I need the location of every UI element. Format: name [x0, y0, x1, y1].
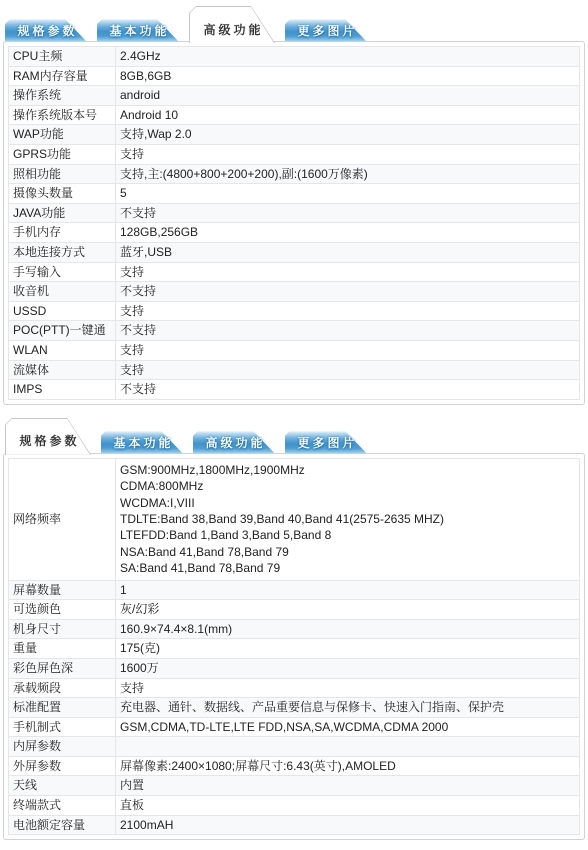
table-row: USSD支持	[9, 301, 580, 321]
table-row: 标准配置充电器、通针、数据线、产品重要信息与保修卡、快速入门指南、保护壳	[9, 698, 580, 718]
table-row: 收音机不支持	[9, 282, 580, 302]
spec-label: 手写输入	[9, 262, 116, 282]
table-row: GPRS功能支持	[9, 144, 580, 164]
spec-value: 不支持	[116, 203, 580, 223]
spec-params-table: 网络频率GSM:900MHz,1800MHz,1900MHz CDMA:800M…	[8, 458, 580, 836]
table-row: 内屏参数	[9, 737, 580, 757]
spec-value: GSM:900MHz,1800MHz,1900MHz CDMA:800MHz W…	[116, 458, 580, 580]
table-row: 手写输入支持	[9, 262, 580, 282]
spec-label: 收音机	[9, 282, 116, 302]
spec-label: 手机内存	[9, 223, 116, 243]
spec-label: IMPS	[9, 380, 116, 400]
table-row: 操作系统android	[9, 86, 580, 106]
spec-value	[116, 737, 580, 757]
spec-value: 不支持	[116, 282, 580, 302]
spec-value: Android 10	[116, 105, 580, 125]
tabbar-advanced-section: 规格参数 基本功能 高级功能 更多图片	[3, 5, 585, 42]
spec-value: 2.4GHz	[116, 47, 580, 67]
spec-label: JAVA功能	[9, 203, 116, 223]
advanced-features-table: CPU主频2.4GHz RAM内存容量8GB,6GB 操作系统android 操…	[8, 46, 580, 400]
spec-label: 操作系统	[9, 86, 116, 106]
spec-value: 不支持	[116, 321, 580, 341]
tab-basic-features[interactable]: 基本功能	[101, 431, 183, 454]
table-row: 流媒体支持	[9, 360, 580, 380]
spec-label: 屏幕数量	[9, 580, 116, 600]
table-row: 终端款式直板	[9, 796, 580, 816]
section-advanced-features: 规格参数 基本功能 高级功能 更多图片 CPU主频2.4GHz RAM内存容量8…	[3, 5, 585, 405]
spec-value: 支持	[116, 262, 580, 282]
spec-value: 蓝牙,USB	[116, 242, 580, 262]
spec-label: 机身尺寸	[9, 619, 116, 639]
spec-label: 终端款式	[9, 796, 116, 816]
tab-label: 更多图片	[294, 434, 357, 451]
table-row: WLAN支持	[9, 340, 580, 360]
spec-label: 流媒体	[9, 360, 116, 380]
spec-value: 支持,主:(4800+800+200+200),副:(1600万像素)	[116, 164, 580, 184]
table-row: 承载频段支持	[9, 678, 580, 698]
spec-value: 2100mAH	[116, 815, 580, 835]
spec-label: WLAN	[9, 340, 116, 360]
spec-label: 照相功能	[9, 164, 116, 184]
table-row: 手机制式GSM,CDMA,TD-LTE,LTE FDD,NSA,SA,WCDMA…	[9, 717, 580, 737]
spec-label: 天线	[9, 776, 116, 796]
table-row: 电池额定容量2100mAH	[9, 815, 580, 835]
tab-label: 规格参数	[14, 22, 77, 39]
spec-value: 灰/幻彩	[116, 600, 580, 620]
tab-spec-params[interactable]: 规格参数	[5, 19, 87, 42]
table-row: 本地连接方式蓝牙,USB	[9, 242, 580, 262]
tab-label: 高级功能	[202, 434, 265, 451]
spec-label: CPU主频	[9, 47, 116, 67]
table-row: 机身尺寸160.9×74.4×8.1(mm)	[9, 619, 580, 639]
section-spec-params: 规格参数 基本功能 高级功能 更多图片 网络频率GSM:900MHz,1800M…	[3, 417, 585, 841]
spec-value: 128GB,256GB	[116, 223, 580, 243]
tab-label: 基本功能	[110, 434, 173, 451]
table-row: 重量175(克)	[9, 639, 580, 659]
spec-label: 本地连接方式	[9, 242, 116, 262]
table-row: 手机内存128GB,256GB	[9, 223, 580, 243]
spec-label: 网络频率	[9, 458, 116, 580]
tab-advanced-features-active[interactable]: 高级功能	[189, 6, 275, 43]
spec-value: 支持,Wap 2.0	[116, 125, 580, 145]
spec-label: 手机制式	[9, 717, 116, 737]
tab-label: 规格参数	[16, 432, 79, 449]
spec-label: 操作系统版本号	[9, 105, 116, 125]
table-row: RAM内存容量8GB,6GB	[9, 66, 580, 86]
spec-value: 8GB,6GB	[116, 66, 580, 86]
spec-value: 内置	[116, 776, 580, 796]
table-row: CPU主频2.4GHz	[9, 47, 580, 67]
spec-value: 屏幕像素:2400×1080;屏幕尺寸:6.43(英寸),AMOLED	[116, 756, 580, 776]
spec-label: USSD	[9, 301, 116, 321]
tab-more-images[interactable]: 更多图片	[285, 19, 367, 42]
spec-value: 5	[116, 184, 580, 204]
spec-label: 彩色屏色深	[9, 658, 116, 678]
table-row: 天线内置	[9, 776, 580, 796]
table-row: IMPS不支持	[9, 380, 580, 400]
spec-value: android	[116, 86, 580, 106]
spec-label: WAP功能	[9, 125, 116, 145]
spec-value: 不支持	[116, 380, 580, 400]
tab-basic-features[interactable]: 基本功能	[97, 19, 179, 42]
spec-value: 支持	[116, 144, 580, 164]
table-row: 外屏参数屏幕像素:2400×1080;屏幕尺寸:6.43(英寸),AMOLED	[9, 756, 580, 776]
table-row: 彩色屏色深1600万	[9, 658, 580, 678]
tab-more-images[interactable]: 更多图片	[285, 431, 367, 454]
table-row: 屏幕数量1	[9, 580, 580, 600]
spec-label: 摄像头数量	[9, 184, 116, 204]
table-row: WAP功能支持,Wap 2.0	[9, 125, 580, 145]
tab-advanced-features[interactable]: 高级功能	[193, 431, 275, 454]
spec-label: RAM内存容量	[9, 66, 116, 86]
spec-value: 直板	[116, 796, 580, 816]
table-row: 操作系统版本号Android 10	[9, 105, 580, 125]
table-row: JAVA功能不支持	[9, 203, 580, 223]
spec-value: 支持	[116, 301, 580, 321]
tab-spec-params-active[interactable]: 规格参数	[5, 418, 91, 455]
spec-value: 充电器、通针、数据线、产品重要信息与保修卡、快速入门指南、保护壳	[116, 698, 580, 718]
table-row: POC(PTT)一键通不支持	[9, 321, 580, 341]
spec-value: 支持	[116, 340, 580, 360]
spec-value: GSM,CDMA,TD-LTE,LTE FDD,NSA,SA,WCDMA,CDM…	[116, 717, 580, 737]
spec-label: 重量	[9, 639, 116, 659]
table-row: 照相功能支持,主:(4800+800+200+200),副:(1600万像素)	[9, 164, 580, 184]
spec-label: 内屏参数	[9, 737, 116, 757]
spec-label: 承载频段	[9, 678, 116, 698]
spec-value: 175(克)	[116, 639, 580, 659]
spec-label: 可选颜色	[9, 600, 116, 620]
table-row: 摄像头数量5	[9, 184, 580, 204]
tab-label: 高级功能	[200, 21, 263, 38]
tab-label: 更多图片	[294, 22, 357, 39]
spec-value: 1	[116, 580, 580, 600]
advanced-features-panel: CPU主频2.4GHz RAM内存容量8GB,6GB 操作系统android 操…	[3, 41, 585, 405]
spec-label: 外屏参数	[9, 756, 116, 776]
tabbar-spec-section: 规格参数 基本功能 高级功能 更多图片	[3, 417, 585, 454]
spec-value: 支持	[116, 360, 580, 380]
spec-value: 1600万	[116, 658, 580, 678]
table-row: 可选颜色灰/幻彩	[9, 600, 580, 620]
spec-value: 160.9×74.4×8.1(mm)	[116, 619, 580, 639]
spec-label: 电池额定容量	[9, 815, 116, 835]
spec-params-panel: 网络频率GSM:900MHz,1800MHz,1900MHz CDMA:800M…	[3, 453, 585, 841]
spec-label: POC(PTT)一键通	[9, 321, 116, 341]
spec-label: GPRS功能	[9, 144, 116, 164]
table-row: 网络频率GSM:900MHz,1800MHz,1900MHz CDMA:800M…	[9, 458, 580, 580]
spec-label: 标准配置	[9, 698, 116, 718]
tab-label: 基本功能	[106, 22, 169, 39]
spec-page: 规格参数 基本功能 高级功能 更多图片 CPU主频2.4GHz RAM内存容量8…	[0, 0, 588, 850]
spec-value: 支持	[116, 678, 580, 698]
